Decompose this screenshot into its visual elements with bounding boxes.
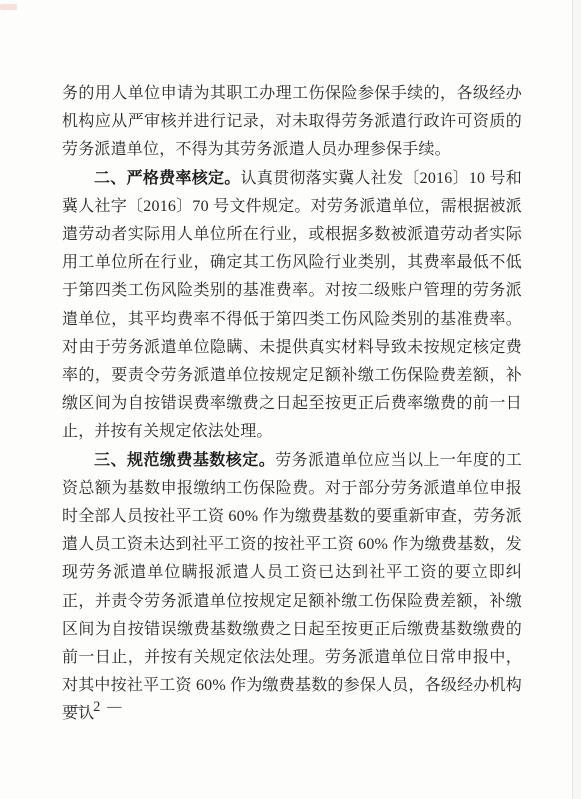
paragraph-continuation: 务的用人单位申请为其职工办理工伤保险参保手续的，各级经办机构应从严审核并进行记录… (62, 80, 522, 165)
document-page: 务的用人单位申请为其职工办理工伤保险参保手续的，各级经办机构应从严审核并进行记录… (0, 0, 581, 799)
paragraph-section-3: 三、规范缴费基数核定。劳务派遣单位应当以上一年度的工资总额为基数申报缴纳工伤保险… (62, 447, 522, 729)
scan-smudge-mark (0, 4, 17, 10)
paragraph-text: 劳务派遣单位应当以上一年度的工资总额为基数申报缴纳工伤保险费。对于部分劳务派遣单… (62, 452, 522, 723)
document-body: 务的用人单位申请为其职工办理工伤保险参保手续的，各级经办机构应从严审核并进行记录… (62, 80, 522, 729)
scan-edge-line (572, 0, 573, 799)
page-number: — 2 — (72, 699, 123, 716)
section-heading-rate-verification: 二、严格费率核定。 (94, 170, 241, 187)
paragraph-section-2: 二、严格费率核定。认真贯彻落实冀人社发〔2016〕10 号和冀人社字〔2016〕… (62, 165, 522, 447)
paragraph-text: 认真贯彻落实冀人社发〔2016〕10 号和冀人社字〔2016〕70 号文件规定。… (62, 170, 522, 441)
scan-edge-shade (573, 0, 581, 799)
section-heading-base-verification: 三、规范缴费基数核定。 (94, 452, 275, 469)
paragraph-text: 务的用人单位申请为其职工办理工伤保险参保手续的，各级经办机构应从严审核并进行记录… (62, 85, 522, 158)
